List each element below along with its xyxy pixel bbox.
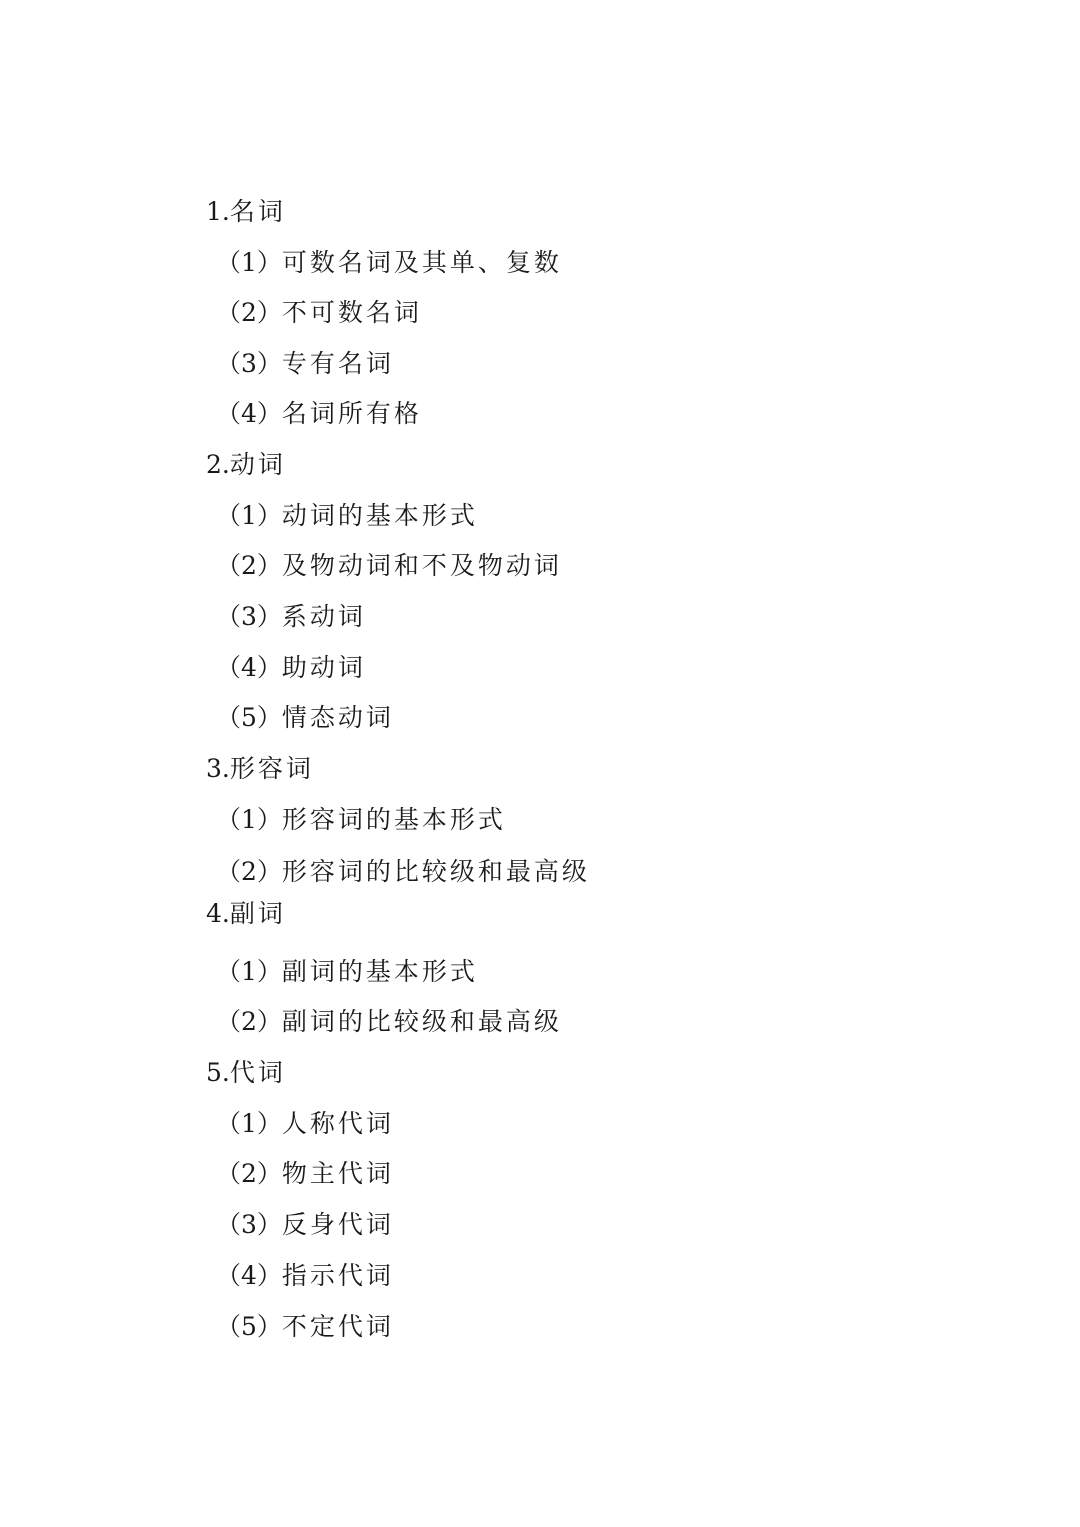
item-text: 反身代词 bbox=[282, 1210, 394, 1239]
item-text: 不定代词 bbox=[282, 1312, 394, 1341]
outline-item: （1）人称代词 bbox=[216, 1108, 394, 1140]
outline-item: （1）可数名词及其单、复数 bbox=[216, 247, 562, 279]
section-title: 动词 bbox=[230, 450, 286, 479]
item-label: （4） bbox=[216, 652, 282, 684]
item-label: （1） bbox=[216, 500, 282, 532]
section-heading: 2.动词 bbox=[206, 449, 286, 481]
item-label: （2） bbox=[216, 1158, 282, 1190]
item-text: 可数名词及其单、复数 bbox=[282, 248, 562, 277]
item-text: 人称代词 bbox=[282, 1109, 394, 1138]
section-number: 1. bbox=[206, 197, 230, 226]
item-text: 专有名词 bbox=[282, 349, 394, 378]
outline-item: （2）形容词的比较级和最高级 bbox=[216, 856, 590, 888]
outline-item: （3）专有名词 bbox=[216, 348, 394, 380]
item-label: （1） bbox=[216, 247, 282, 279]
outline-item: （3）反身代词 bbox=[216, 1209, 394, 1241]
document-page: 1.名词 （1）可数名词及其单、复数 （2）不可数名词 （3）专有名词 （4）名… bbox=[0, 0, 1080, 1527]
item-label: （3） bbox=[216, 1209, 282, 1241]
item-label: （4） bbox=[216, 1260, 282, 1292]
outline-item: （2）副词的比较级和最高级 bbox=[216, 1006, 562, 1038]
outline-item: （1）动词的基本形式 bbox=[216, 500, 478, 532]
outline-item: （2）物主代词 bbox=[216, 1158, 394, 1190]
outline-item: （4）名词所有格 bbox=[216, 398, 422, 430]
section-heading: 4.副词 bbox=[206, 898, 286, 930]
item-label: （3） bbox=[216, 348, 282, 380]
item-label: （2） bbox=[216, 856, 282, 888]
outline-item: （4）助动词 bbox=[216, 652, 366, 684]
item-text: 助动词 bbox=[282, 653, 366, 682]
item-label: （1） bbox=[216, 1108, 282, 1140]
section-number: 3. bbox=[206, 754, 230, 783]
outline-item: （1）形容词的基本形式 bbox=[216, 804, 506, 836]
item-label: （1） bbox=[216, 956, 282, 988]
item-text: 动词的基本形式 bbox=[282, 501, 478, 530]
item-label: （1） bbox=[216, 804, 282, 836]
item-text: 物主代词 bbox=[282, 1159, 394, 1188]
outline-item: （5）情态动词 bbox=[216, 702, 394, 734]
item-text: 指示代词 bbox=[282, 1261, 394, 1290]
outline-item: （2）及物动词和不及物动词 bbox=[216, 550, 562, 582]
outline-item: （1）副词的基本形式 bbox=[216, 956, 478, 988]
outline-item: （5）不定代词 bbox=[216, 1311, 394, 1343]
outline-item: （4）指示代词 bbox=[216, 1260, 394, 1292]
item-label: （5） bbox=[216, 1311, 282, 1343]
item-text: 系动词 bbox=[282, 602, 366, 631]
item-text: 副词的比较级和最高级 bbox=[282, 1007, 562, 1036]
item-text: 形容词的基本形式 bbox=[282, 805, 506, 834]
item-label: （2） bbox=[216, 1006, 282, 1038]
section-number: 5. bbox=[206, 1058, 230, 1087]
item-text: 情态动词 bbox=[282, 703, 394, 732]
item-label: （2） bbox=[216, 550, 282, 582]
item-label: （2） bbox=[216, 297, 282, 329]
item-label: （5） bbox=[216, 702, 282, 734]
section-number: 2. bbox=[206, 450, 230, 479]
section-number: 4. bbox=[206, 899, 230, 928]
section-heading: 1.名词 bbox=[206, 196, 286, 228]
item-text: 不可数名词 bbox=[282, 298, 422, 327]
item-label: （3） bbox=[216, 601, 282, 633]
outline-item: （2）不可数名词 bbox=[216, 297, 422, 329]
section-heading: 5.代词 bbox=[206, 1057, 286, 1089]
item-text: 形容词的比较级和最高级 bbox=[282, 857, 590, 886]
item-text: 副词的基本形式 bbox=[282, 957, 478, 986]
section-title: 形容词 bbox=[230, 754, 314, 783]
item-text: 及物动词和不及物动词 bbox=[282, 551, 562, 580]
item-text: 名词所有格 bbox=[282, 399, 422, 428]
section-title: 代词 bbox=[230, 1058, 286, 1087]
outline-item: （3）系动词 bbox=[216, 601, 366, 633]
section-heading: 3.形容词 bbox=[206, 753, 314, 785]
section-title: 副词 bbox=[230, 899, 286, 928]
item-label: （4） bbox=[216, 398, 282, 430]
section-title: 名词 bbox=[230, 197, 286, 226]
